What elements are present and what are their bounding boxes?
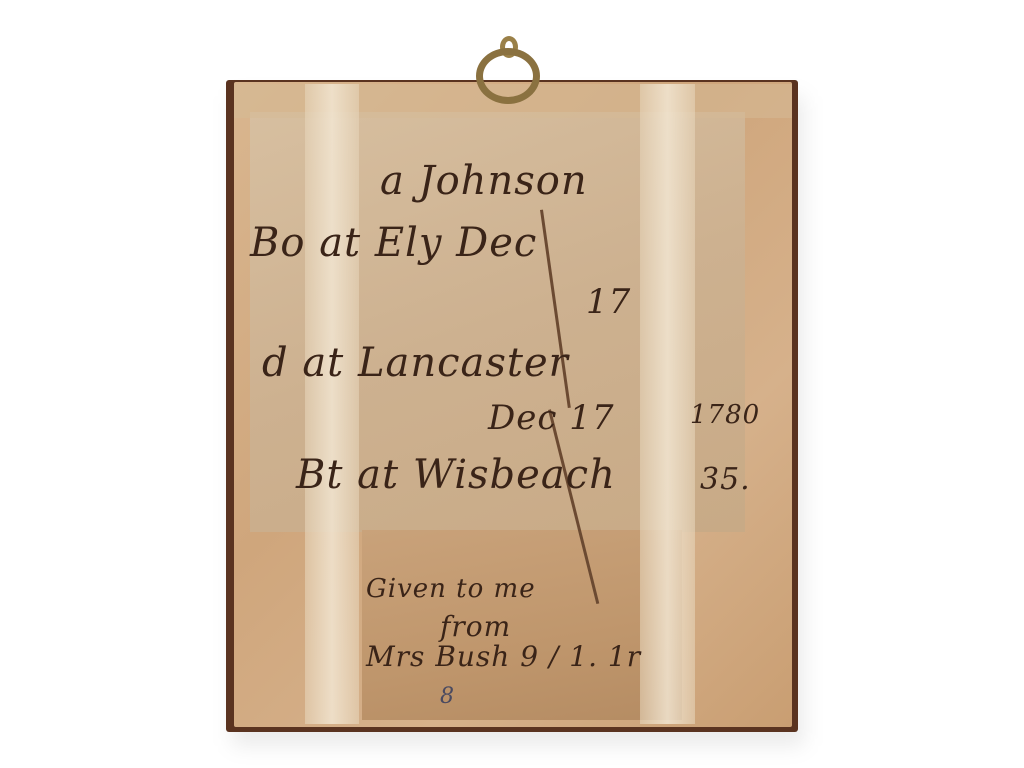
inscription-line: Bt at Wisbeach bbox=[296, 452, 616, 498]
inscription-line: 35. bbox=[700, 462, 751, 497]
inscription-line: d at Lancaster bbox=[262, 340, 569, 386]
label-line: from bbox=[440, 610, 511, 643]
brass-ring-icon bbox=[476, 48, 540, 104]
tape-strip-right bbox=[640, 84, 695, 724]
inscription-line: 1780 bbox=[690, 400, 760, 430]
label-line: 8 bbox=[440, 684, 455, 709]
label-line: Mrs Bush 9 / 1. 1r bbox=[366, 640, 641, 673]
inscription-line: 17 bbox=[586, 282, 631, 322]
inscription-line: Dec 17 bbox=[488, 398, 615, 438]
lower-paper-label bbox=[362, 530, 682, 720]
inscription-line: Bo at Ely Dec bbox=[250, 220, 537, 266]
label-line: Given to me bbox=[366, 574, 536, 604]
tape-strip-left bbox=[305, 84, 359, 724]
inscription-line: a Johnson bbox=[380, 158, 588, 204]
